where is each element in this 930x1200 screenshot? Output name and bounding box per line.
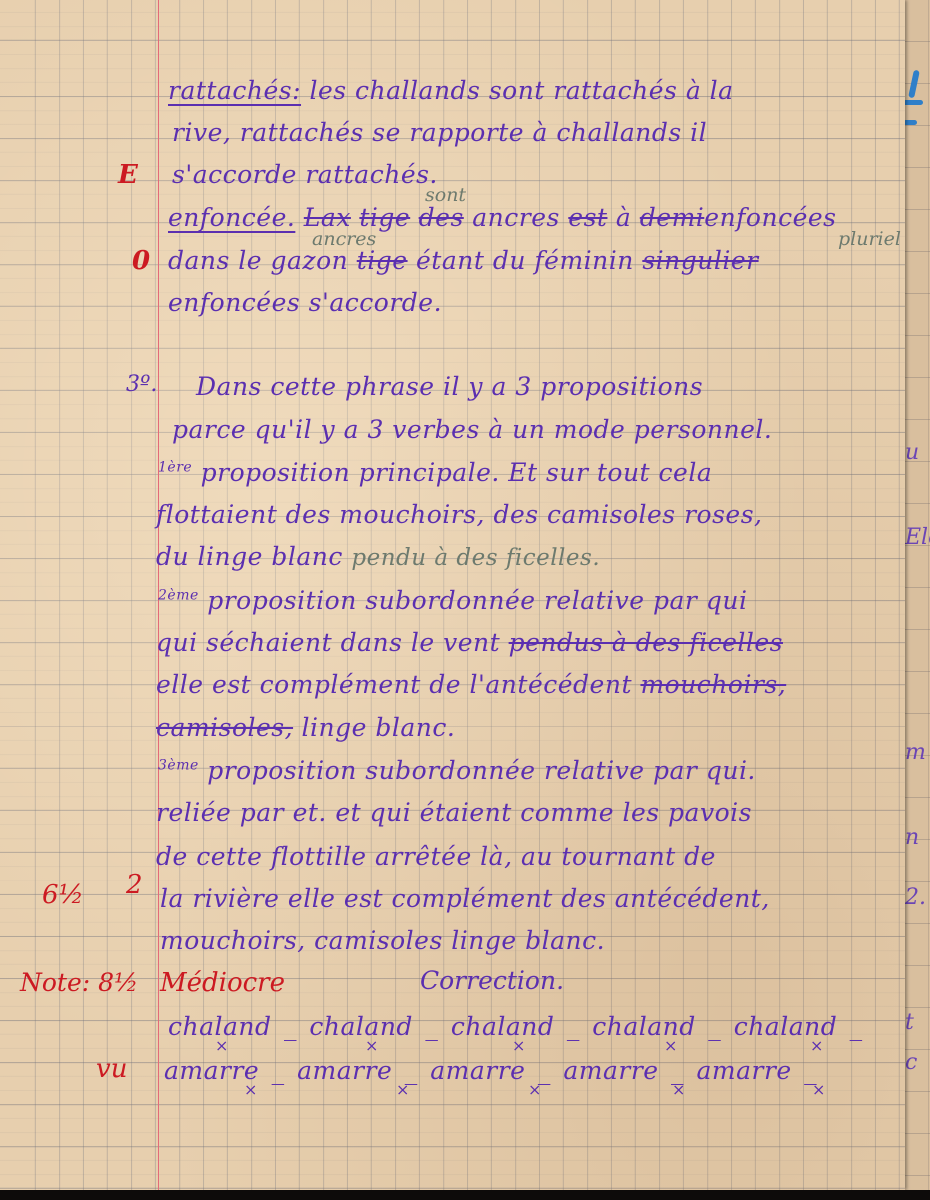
score-left: 6½ bbox=[42, 880, 84, 910]
line-text: proposition principale. Et sur tout cela bbox=[201, 458, 713, 487]
pencil-insertion: pendu à des ficelles. bbox=[351, 545, 600, 571]
separator: _ bbox=[850, 1012, 863, 1041]
line-text: de cette flottille arrêtée là, au tourna… bbox=[156, 842, 716, 871]
text-line: rattachés: les challands sont rattachés … bbox=[168, 76, 734, 105]
back-page-fragment: 2. bbox=[905, 885, 926, 910]
text-line: rive, rattachés se rapporte à challands … bbox=[172, 118, 707, 147]
correction-word: chaland bbox=[451, 1012, 555, 1041]
text-line: Dans cette phrase il y a 3 propositions bbox=[196, 372, 703, 401]
back-page-fragment: u bbox=[905, 440, 919, 465]
cross-mark: × bbox=[396, 1080, 409, 1099]
text-line: du linge blanc pendu à des ficelles. bbox=[156, 542, 600, 571]
line-text: elle est complément de l'antécédent bbox=[156, 670, 632, 699]
struck-word: camisoles, bbox=[156, 713, 293, 742]
correction-word: amarre bbox=[697, 1056, 792, 1085]
text-line: la rivière elle est complément des antéc… bbox=[160, 884, 770, 913]
scan-border bbox=[0, 1190, 930, 1200]
grammar-term: enfoncée. bbox=[168, 203, 295, 232]
cross-mark: × bbox=[812, 1080, 825, 1099]
line-text: flottaient des mouchoirs, des camisoles … bbox=[156, 500, 762, 529]
text-line: elle est complément de l'antécédent mouc… bbox=[156, 670, 786, 699]
cross-mark: × bbox=[365, 1036, 378, 1055]
margin-correction-mark: 0 bbox=[132, 246, 150, 276]
struck-word: singulier bbox=[642, 246, 758, 275]
text-line: mouchoirs, camisoles linge blanc. bbox=[160, 926, 605, 955]
ordinal: 3ème bbox=[158, 758, 199, 774]
correction-word: amarre bbox=[297, 1056, 392, 1085]
separator: _ bbox=[425, 1012, 438, 1041]
cross-mark: × bbox=[512, 1036, 525, 1055]
text-line: qui séchaient dans le vent pendus à des … bbox=[156, 628, 783, 657]
correction-word: chaland bbox=[592, 1012, 696, 1041]
text-line: dans le gazon tige étant du féminin sing… bbox=[168, 246, 759, 275]
text-line: enfoncées s'accorde. bbox=[168, 288, 442, 317]
line-text: du linge blanc bbox=[156, 542, 343, 571]
pencil-correction: pluriel bbox=[838, 228, 901, 250]
line-text: Dans cette phrase il y a 3 propositions bbox=[196, 372, 703, 401]
struck-phrase: pendus à des ficelles bbox=[509, 628, 783, 657]
correction-row-amarre: amarre _ amarre _ amarre _ amarre _ amar… bbox=[164, 1056, 817, 1085]
correction-title: Correction. bbox=[420, 966, 564, 995]
text-line: parce qu'il y a 3 verbes à un mode perso… bbox=[172, 415, 772, 444]
line-text: proposition subordonnée relative par qui… bbox=[207, 756, 756, 785]
text-line: camisoles, linge blanc. bbox=[156, 713, 455, 742]
correction-word: amarre bbox=[563, 1056, 658, 1085]
margin-correction-mark: E bbox=[118, 160, 138, 190]
line-text: étant du féminin bbox=[416, 246, 634, 275]
blue-ink-mark bbox=[903, 120, 917, 125]
final-note: Note: 8½ bbox=[20, 968, 138, 997]
text-line: flottaient des mouchoirs, des camisoles … bbox=[156, 500, 762, 529]
struck-word: mouchoirs, bbox=[640, 670, 786, 699]
question-number: 3º. bbox=[126, 372, 157, 397]
line-text: dans le gazon bbox=[168, 246, 348, 275]
text-line: 3ème proposition subordonnée relative pa… bbox=[158, 756, 756, 785]
line-text: rive, rattachés se rapporte à challands … bbox=[172, 118, 707, 147]
struck-word: tige bbox=[357, 246, 408, 275]
cross-mark: × bbox=[672, 1080, 685, 1099]
struck-word: demi bbox=[640, 203, 705, 232]
text-line: de cette flottille arrêtée là, au tourna… bbox=[156, 842, 716, 871]
text-line: reliée par et. et qui étaient comme les … bbox=[156, 798, 752, 827]
cross-mark: × bbox=[215, 1036, 228, 1055]
back-page-fragment: Ele bbox=[905, 525, 930, 550]
separator: _ bbox=[272, 1056, 285, 1085]
cross-mark: × bbox=[528, 1080, 541, 1099]
back-page-fragment: m bbox=[905, 740, 926, 765]
grammar-term: rattachés: bbox=[168, 76, 301, 105]
struck-word: est bbox=[568, 203, 607, 232]
cross-mark: × bbox=[664, 1036, 677, 1055]
text-line: 1ère proposition principale. Et sur tout… bbox=[158, 458, 712, 487]
line-text: parce qu'il y a 3 verbes à un mode perso… bbox=[172, 415, 772, 444]
correction-word: chaland bbox=[309, 1012, 413, 1041]
cross-mark: × bbox=[810, 1036, 823, 1055]
line-text: à bbox=[616, 203, 631, 232]
score-mid: 2 bbox=[126, 870, 143, 900]
line-text: proposition subordonnée relative par qui bbox=[207, 586, 747, 615]
back-page-fragment: n bbox=[905, 825, 919, 850]
blue-ink-mark bbox=[908, 70, 920, 99]
text-line: s'accorde rattachés. bbox=[172, 160, 438, 189]
line-text: enfoncées bbox=[704, 203, 836, 232]
ordinal: 1ère bbox=[158, 460, 192, 476]
text-line: enfoncée. Lax tige des ancres est à demi… bbox=[168, 203, 837, 232]
seen-mark: vu bbox=[96, 1054, 127, 1084]
struck-word: des bbox=[419, 203, 464, 232]
cross-mark: × bbox=[244, 1080, 257, 1099]
line-text: linge blanc. bbox=[302, 713, 456, 742]
appreciation: Médiocre bbox=[160, 968, 285, 998]
back-page-fragment: t bbox=[905, 1010, 914, 1035]
back-page-fragment: c bbox=[905, 1050, 917, 1075]
separator: _ bbox=[284, 1012, 297, 1041]
line-text: la rivière elle est complément des antéc… bbox=[160, 884, 770, 913]
notebook-page: rattachés: les challands sont rattachés … bbox=[0, 0, 905, 1190]
line-text: s'accorde rattachés. bbox=[172, 160, 438, 189]
text-line: 2ème proposition subordonnée relative pa… bbox=[158, 586, 747, 615]
separator: _ bbox=[567, 1012, 580, 1041]
line-text: reliée par et. et qui étaient comme les … bbox=[156, 798, 752, 827]
line-text: mouchoirs, camisoles linge blanc. bbox=[160, 926, 605, 955]
line-text: ancres bbox=[472, 203, 560, 232]
ordinal: 2ème bbox=[158, 588, 199, 604]
line-text: les challands sont rattachés à la bbox=[309, 76, 733, 105]
correction-word: amarre bbox=[430, 1056, 525, 1085]
line-text: qui séchaient dans le vent bbox=[156, 628, 500, 657]
separator: _ bbox=[708, 1012, 721, 1041]
line-text: enfoncées s'accorde. bbox=[168, 288, 442, 317]
